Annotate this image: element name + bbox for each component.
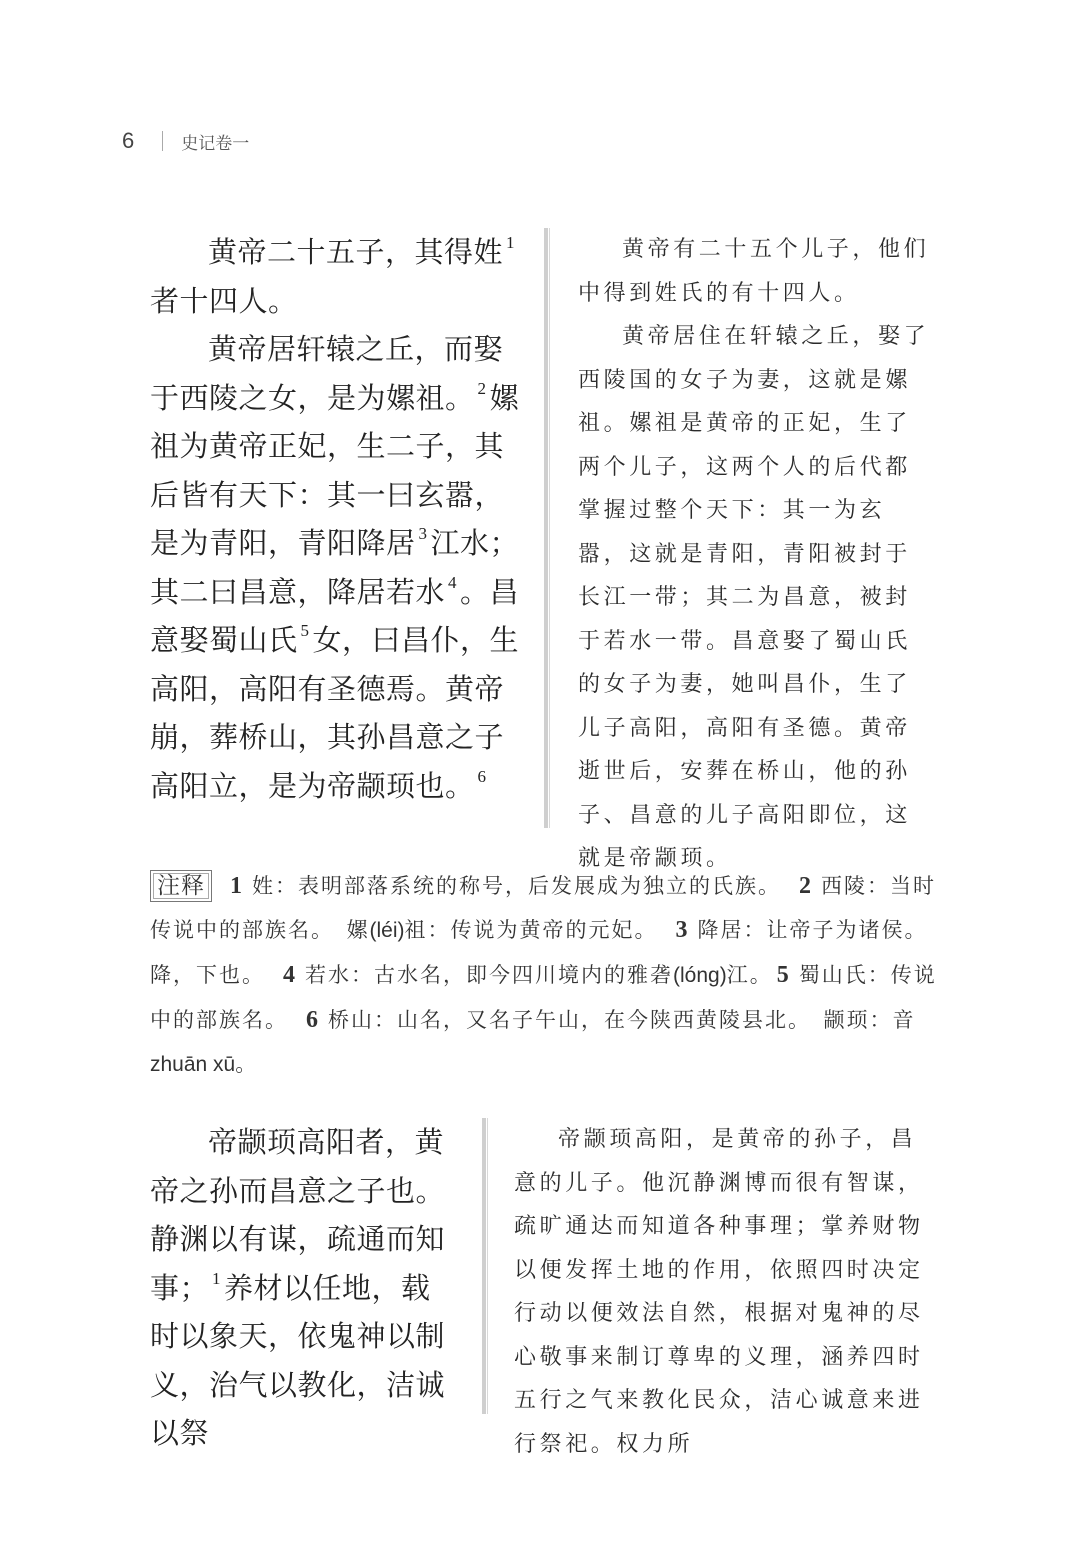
footnote-marker: 6: [478, 767, 487, 786]
original-text: 黄帝二十五子，其得姓1者十四人。 黄帝居轩辕之丘，而娶于西陵之女，是为嫘祖。2嫘…: [150, 228, 522, 881]
footnote-marker: 4: [448, 573, 457, 592]
pinyin: zhuān xū: [150, 1053, 235, 1076]
column-divider: [544, 228, 550, 828]
original-text: 帝颛顼高阳者，黄帝之孙而昌意之子也。静渊以有谋，疏通而知事；1养材以任地，载时以…: [150, 1118, 460, 1466]
translation-paragraph: 帝颛顼高阳，是黄帝的孙子，昌意的儿子。他沉静渊博而很有智谋，疏旷通达而知道各种事…: [514, 1118, 934, 1466]
note-6: 桥山：山名，又名子午山，在今陕西黄陵县北。 颛顼：音: [328, 1008, 916, 1032]
original-paragraph: 黄帝居轩辕之丘，而娶于西陵之女，是为嫘祖。2嫘祖为黄帝正妃，生二子，其后皆有天下…: [150, 325, 522, 810]
section-1: 黄帝二十五子，其得姓1者十四人。 黄帝居轩辕之丘，而娶于西陵之女，是为嫘祖。2嫘…: [150, 228, 940, 881]
footnote-marker: 2: [478, 379, 487, 398]
book-title: 史记卷一: [181, 129, 249, 154]
note-1: 姓：表明部落系统的称号，后发展成为独立的氏族。: [252, 874, 781, 898]
original-paragraph: 帝颛顼高阳者，黄帝之孙而昌意之子也。静渊以有谋，疏通而知事；1养材以任地，载时以…: [150, 1118, 460, 1458]
footnote-marker: 5: [301, 621, 310, 640]
page-number: 6: [122, 128, 134, 154]
pinyin: (léi): [370, 919, 405, 942]
translation-text: 帝颛顼高阳，是黄帝的孙子，昌意的儿子。他沉静渊博而很有智谋，疏旷通达而知道各种事…: [514, 1118, 934, 1466]
annotations: 注释1姓：表明部落系统的称号，后发展成为独立的氏族。2西陵：当时传说中的部族名。…: [150, 864, 940, 1087]
page-header: 6 史记卷一: [122, 128, 249, 154]
note-4: 若水：古水名，即今四川境内的雅砻: [305, 963, 673, 987]
footnote-marker: 1: [212, 1269, 221, 1288]
translation-text: 黄帝有二十五个儿子，他们中得到姓氏的有十四人。 黄帝居住在轩辕之丘，娶了西陵国的…: [578, 228, 932, 881]
translation-paragraph: 黄帝有二十五个儿子，他们中得到姓氏的有十四人。: [578, 228, 932, 315]
original-paragraph: 黄帝二十五子，其得姓1者十四人。: [150, 228, 522, 325]
footnote-marker: 3: [419, 524, 428, 543]
header-divider: [162, 131, 163, 151]
column-divider: [482, 1118, 488, 1414]
notes-label: 注释: [150, 870, 212, 902]
footnote-marker: 1: [506, 233, 515, 252]
section-2: 帝颛顼高阳者，黄帝之孙而昌意之子也。静渊以有谋，疏通而知事；1养材以任地，载时以…: [150, 1118, 940, 1466]
translation-paragraph: 黄帝居住在轩辕之丘，娶了西陵国的女子为妻，这就是嫘祖。嫘祖是黄帝的正妃，生了两个…: [578, 315, 932, 881]
pinyin: (lóng): [673, 964, 727, 987]
